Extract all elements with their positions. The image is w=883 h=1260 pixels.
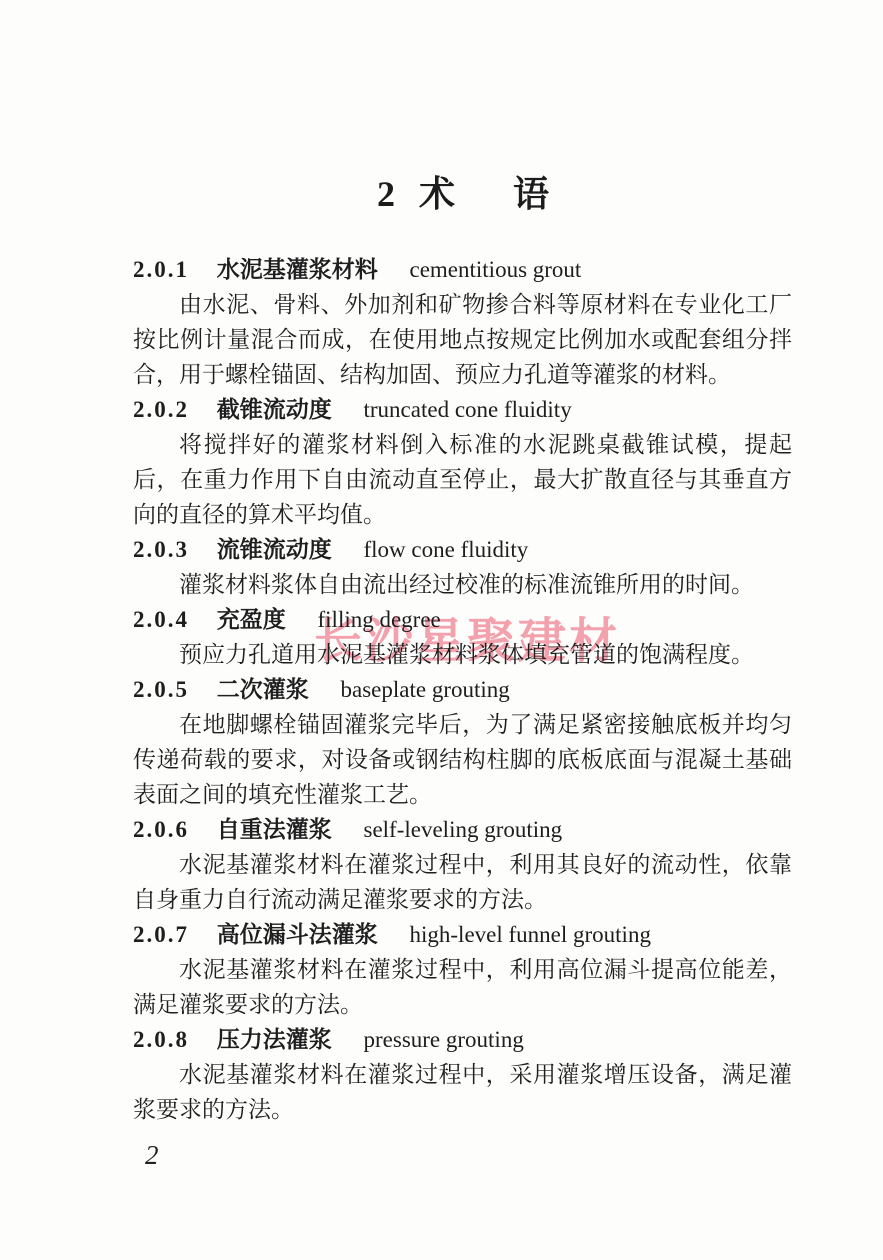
term-section-number: 2.0.6 (133, 817, 189, 842)
chapter-title-char-1: 术 (419, 166, 455, 217)
term-section-heading: 2.0.2 截锥流动度 truncated cone fluidity (133, 392, 792, 427)
term-english: filling degree (318, 607, 441, 632)
term-section-heading: 2.0.8 压力法灌浆 pressure grouting (133, 1022, 792, 1057)
term-definition: 在地脚螺栓锚固灌浆完毕后，为了满足紧密接触底板并均匀传递荷载的要求，对设备或钢结… (133, 707, 792, 812)
term-chinese: 水泥基灌浆材料 (217, 257, 378, 282)
term-english: flow cone fluidity (364, 537, 529, 562)
term-english: cementitious grout (410, 257, 582, 282)
term-english: baseplate grouting (341, 677, 510, 702)
term-section-number: 2.0.7 (133, 922, 189, 947)
term-section-number: 2.0.4 (133, 607, 189, 632)
term-chinese: 充盈度 (217, 607, 286, 632)
term-section-number: 2.0.8 (133, 1027, 189, 1052)
term-chinese: 高位漏斗法灌浆 (217, 922, 378, 947)
term-english: truncated cone fluidity (364, 397, 572, 422)
term-chinese: 截锥流动度 (217, 397, 332, 422)
term-section-heading: 2.0.4 充盈度 filling degree (133, 602, 792, 637)
term-definition: 将搅拌好的灌浆材料倒入标准的水泥跳桌截锥试模，提起后，在重力作用下自由流动直至停… (133, 427, 792, 532)
term-definition: 灌浆材料浆体自由流出经过校准的标准流锥所用的时间。 (133, 567, 792, 602)
term-english: self-leveling grouting (364, 817, 563, 842)
chapter-number: 2 (377, 173, 395, 215)
term-chinese: 流锥流动度 (217, 537, 332, 562)
term-section-heading: 2.0.6 自重法灌浆 self-leveling grouting (133, 812, 792, 847)
term-section-heading: 2.0.5 二次灌浆 baseplate grouting (133, 672, 792, 707)
term-definition: 水泥基灌浆材料在灌浆过程中，利用高位漏斗提高位能差，满足灌浆要求的方法。 (133, 952, 792, 1022)
term-section-number: 2.0.2 (133, 397, 189, 422)
term-english: high-level funnel grouting (410, 922, 651, 947)
term-section-heading: 2.0.3 流锥流动度 flow cone fluidity (133, 532, 792, 567)
term-section-heading: 2.0.1 水泥基灌浆材料 cementitious grout (133, 252, 792, 287)
terms-list: 2.0.1 水泥基灌浆材料 cementitious grout 由水泥、骨料、… (133, 252, 792, 1127)
document-page: 长沙星聚建材 2 术 语 2.0.1 水泥基灌浆材料 cementitious … (0, 0, 883, 1260)
chapter-title-char-2: 语 (513, 166, 549, 217)
page-title: 2 术 语 (133, 166, 793, 217)
term-definition: 水泥基灌浆材料在灌浆过程中，采用灌浆增压设备，满足灌浆要求的方法。 (133, 1057, 792, 1127)
term-section-number: 2.0.5 (133, 677, 189, 702)
term-definition: 水泥基灌浆材料在灌浆过程中，利用其良好的流动性，依靠自身重力自行流动满足灌浆要求… (133, 847, 792, 917)
term-definition: 由水泥、骨料、外加剂和矿物掺合料等原材料在专业化工厂按比例计量混合而成，在使用地… (133, 287, 792, 392)
term-english: pressure grouting (364, 1027, 524, 1052)
term-section-number: 2.0.3 (133, 537, 189, 562)
term-chinese: 自重法灌浆 (217, 817, 332, 842)
term-section-heading: 2.0.7 高位漏斗法灌浆 high-level funnel grouting (133, 917, 792, 952)
term-section-number: 2.0.1 (133, 257, 189, 282)
term-chinese: 二次灌浆 (217, 677, 309, 702)
page-number: 2 (145, 1140, 159, 1171)
term-definition: 预应力孔道用水泥基灌浆材料浆体填充管道的饱满程度。 (133, 637, 792, 672)
term-chinese: 压力法灌浆 (217, 1027, 332, 1052)
